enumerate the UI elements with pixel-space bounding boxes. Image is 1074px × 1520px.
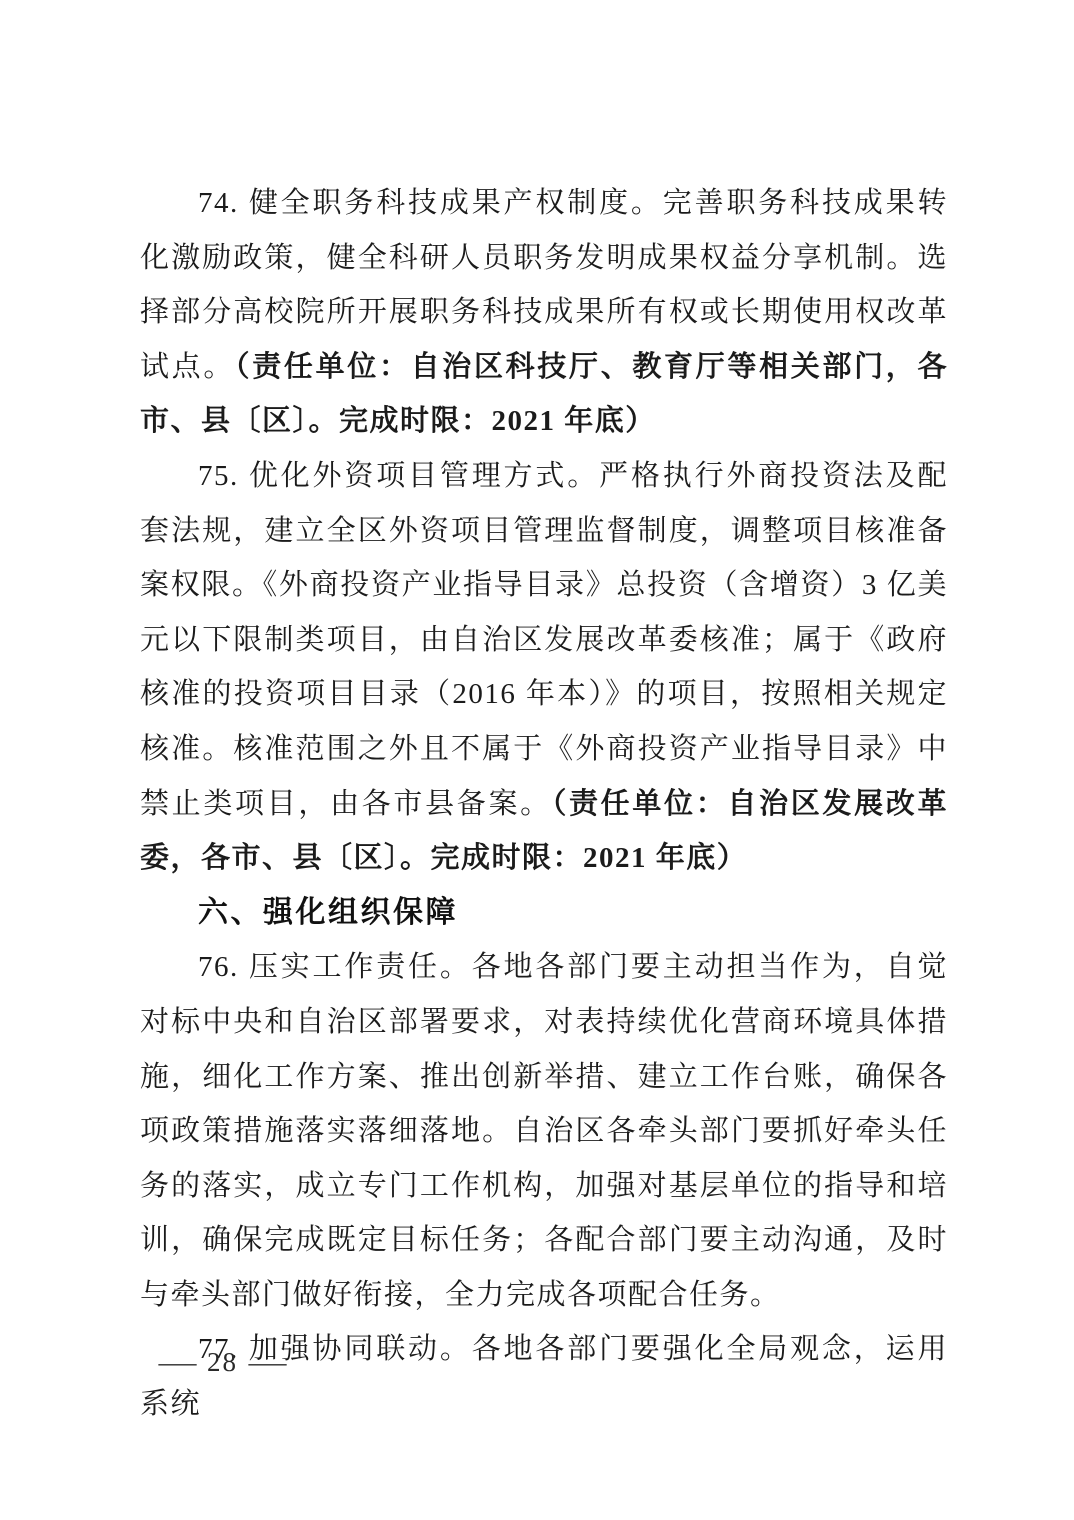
document-body: 74. 健全职务科技成果产权制度。完善职务科技成果转化激励政策，健全科研人员职务… bbox=[140, 176, 948, 1432]
paragraph-75: 75. 优化外资项目管理方式。严格执行外商投资法及配套法规，建立全区外资项目管理… bbox=[140, 449, 948, 886]
page-footer: —28— bbox=[164, 1342, 281, 1382]
paragraph-76-text: 76. 压实工作责任。各地各部门要主动担当作为，自觉对标中央和自治区部署要求，对… bbox=[140, 951, 948, 1311]
footer-right-dash: — bbox=[249, 1342, 287, 1382]
document-page: 74. 健全职务科技成果产权制度。完善职务科技成果转化激励政策，健全科研人员职务… bbox=[0, 0, 1074, 1520]
paragraph-74-responsibility-clause: （责任单位：自治区科技厅、教育厅等相关部门，各市、县〔区〕。完成时限：2021 … bbox=[140, 351, 948, 438]
paragraph-75-text: 75. 优化外资项目管理方式。严格执行外商投资法及配套法规，建立全区外资项目管理… bbox=[140, 460, 948, 820]
paragraph-76: 76. 压实工作责任。各地各部门要主动担当作为，自觉对标中央和自治区部署要求，对… bbox=[140, 940, 948, 1322]
footer-left-dash: — bbox=[159, 1342, 197, 1382]
page-number: 28 bbox=[207, 1342, 238, 1382]
paragraph-74: 74. 健全职务科技成果产权制度。完善职务科技成果转化激励政策，健全科研人员职务… bbox=[140, 176, 948, 449]
section-heading-6: 六、强化组织保障 bbox=[140, 886, 948, 941]
